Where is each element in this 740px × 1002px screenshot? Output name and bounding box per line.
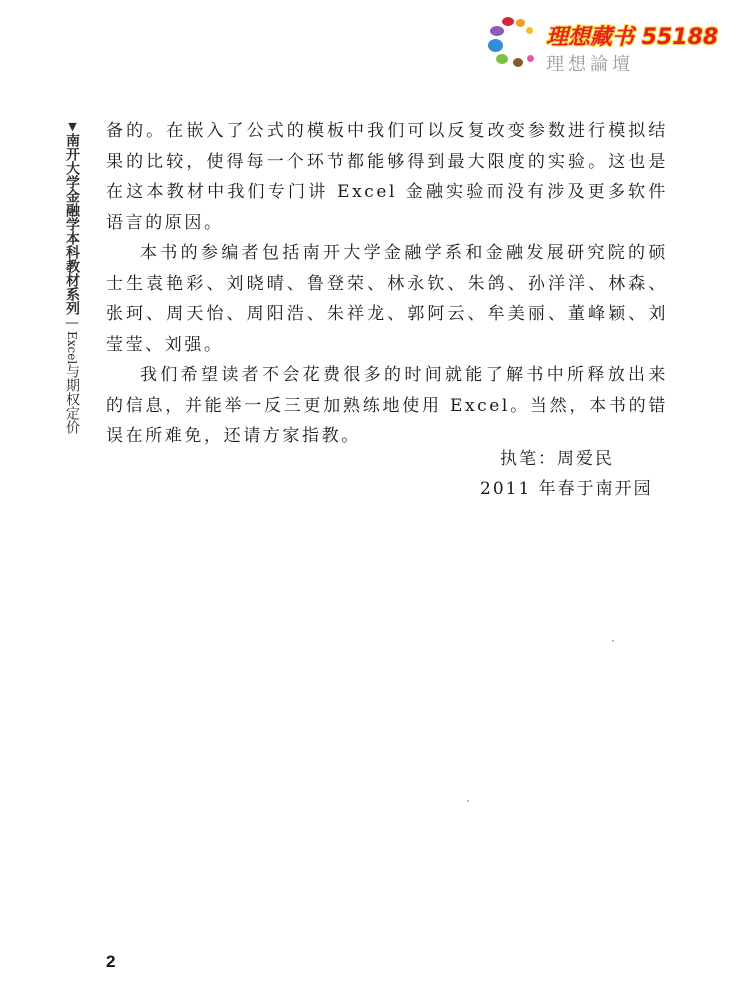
watermark-brand-text: 理想藏书 55188: [546, 20, 718, 51]
signature-author: 执笔：周爱民: [480, 444, 680, 474]
watermark-sub-text: 理想論壇: [546, 50, 634, 76]
watermark-logo: 理想藏书 55188 理想論壇: [488, 14, 728, 74]
paragraph: 我们希望读者不会花费很多的时间就能了解书中所释放出来的信息，并能举一反三更加熟练…: [106, 360, 668, 452]
signature-date: 2011 年春于南开园: [480, 474, 680, 504]
triangle-down-icon: ▼: [66, 120, 79, 133]
signature-block: 执笔：周爱民 2011 年春于南开园: [480, 444, 680, 504]
series-name: 南开大学金融学本科教材系列: [64, 133, 80, 315]
logo-dot-icon: [527, 55, 534, 62]
logo-dot-icon: [496, 54, 508, 64]
body-text: 备的。在嵌入了公式的模板中我们可以反复改变参数进行模拟结果的比较，使得每一个环节…: [106, 116, 668, 452]
series-side-title: ▼南开大学金融学本科教材系列—Excel与期权定价: [62, 120, 80, 434]
scan-speck: [612, 640, 614, 642]
logo-dot-icon: [488, 39, 503, 52]
paragraph: 备的。在嵌入了公式的模板中我们可以反复改变参数进行模拟结果的比较，使得每一个环节…: [106, 116, 668, 238]
book-title-rest: 与期权定价: [64, 364, 80, 434]
title-dash: —: [64, 315, 80, 331]
book-title-latin: Excel: [65, 331, 79, 364]
logo-dot-icon: [516, 19, 525, 27]
paragraph: 本书的参编者包括南开大学金融学系和金融发展研究院的硕士生袁艳彩、刘晓晴、鲁登荣、…: [106, 238, 668, 360]
scan-speck: [467, 800, 469, 802]
logo-dot-icon: [502, 17, 514, 26]
page-number: 2: [106, 952, 115, 972]
logo-dot-icon: [526, 27, 533, 34]
logo-dot-icon: [490, 26, 504, 36]
logo-dot-icon: [513, 58, 523, 67]
